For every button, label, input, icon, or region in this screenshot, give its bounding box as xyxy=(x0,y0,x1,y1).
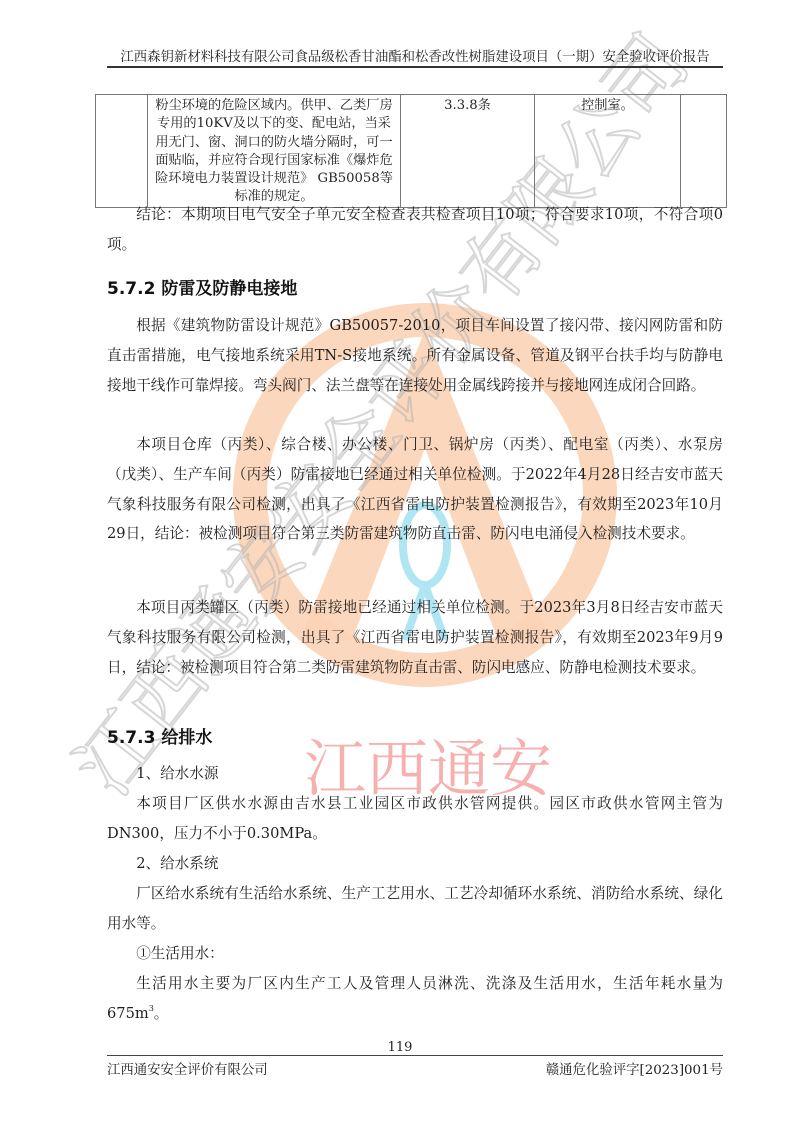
footer-doc-number: 赣通危化验评字[2023]001号 xyxy=(546,1059,723,1078)
domestic-water-end: 。 xyxy=(154,1005,169,1022)
cell-result xyxy=(681,95,727,208)
page-number: 119 xyxy=(0,1040,800,1055)
list-label-water-source: 1、给水水源 xyxy=(107,759,723,789)
cell-index xyxy=(96,95,148,208)
header-rule xyxy=(107,66,723,68)
paragraph-lightning-inspection-buildings: 本项目仓库（丙类）、综合楼、办公楼、门卫、锅炉房（丙类）、配电室（丙类）、水泵房… xyxy=(107,430,723,549)
cell-actual-situation: 控制室。 xyxy=(535,95,681,208)
paragraph-water-source: 本项目厂区供水水源由吉水县工业园区市政供水管网提供。园区市政供水管网主管为DN3… xyxy=(107,789,723,849)
domestic-water-text: 生活用水主要为厂区内生产工人及管理人员淋洗、洗涤及生活用水，生活年耗水量为675… xyxy=(107,975,723,1022)
paragraph-water-system: 厂区给水系统有生活给水系统、生产工艺用水、工艺冷却循环水系统、消防给水系统、绿化… xyxy=(107,879,723,939)
table-row: 粉尘环境的危险区域内。供甲、乙类厂房专用的10KV及以下的变、配电站，当采用无门… xyxy=(96,95,727,208)
cell-requirement: 粉尘环境的危险区域内。供甲、乙类厂房专用的10KV及以下的变、配电站，当采用无门… xyxy=(148,95,401,208)
document-page: 江西通安安全评价有限公司 江西通安 江西森钥新材料科技有限公司食品级松香甘油酯和… xyxy=(0,0,800,1132)
cell-clause: 3.3.8条 xyxy=(401,95,535,208)
running-header: 江西森钥新材料科技有限公司食品级松香甘油酯和松香改性树脂建设项目（一期）安全验收… xyxy=(107,46,723,65)
footer-rule xyxy=(107,1055,723,1056)
section-heading-5-7-3: 5.7.3 给排水 xyxy=(107,723,212,748)
footer-company: 江西通安安全评价有限公司 xyxy=(107,1059,268,1078)
paragraph-domestic-water: 生活用水主要为厂区内生产工人及管理人员淋洗、洗涤及生活用水，生活年耗水量为675… xyxy=(107,969,723,1029)
section-heading-5-7-2: 5.7.2 防雷及防静电接地 xyxy=(107,274,297,299)
list-label-water-system: 2、给水系统 xyxy=(107,849,723,879)
checklist-table: 粉尘环境的危险区域内。供甲、乙类厂房专用的10KV及以下的变、配电站，当采用无门… xyxy=(95,94,727,208)
conclusion-paragraph: 结论：本期项目电气安全子单元安全检查表共检查项目10项；符合要求10项，不符合项… xyxy=(107,200,723,260)
paragraph-lightning-design: 根据《建筑物防雷设计规范》GB50057-2010，项目车间设置了接闪带、接闪网… xyxy=(107,311,723,400)
paragraph-lightning-inspection-tankfarm: 本项目丙类罐区（丙类）防雷接地已经通过相关单位检测。于2023年3月8日经吉安市… xyxy=(107,593,723,682)
list-label-domestic-water: ①生活用水： xyxy=(107,939,723,969)
